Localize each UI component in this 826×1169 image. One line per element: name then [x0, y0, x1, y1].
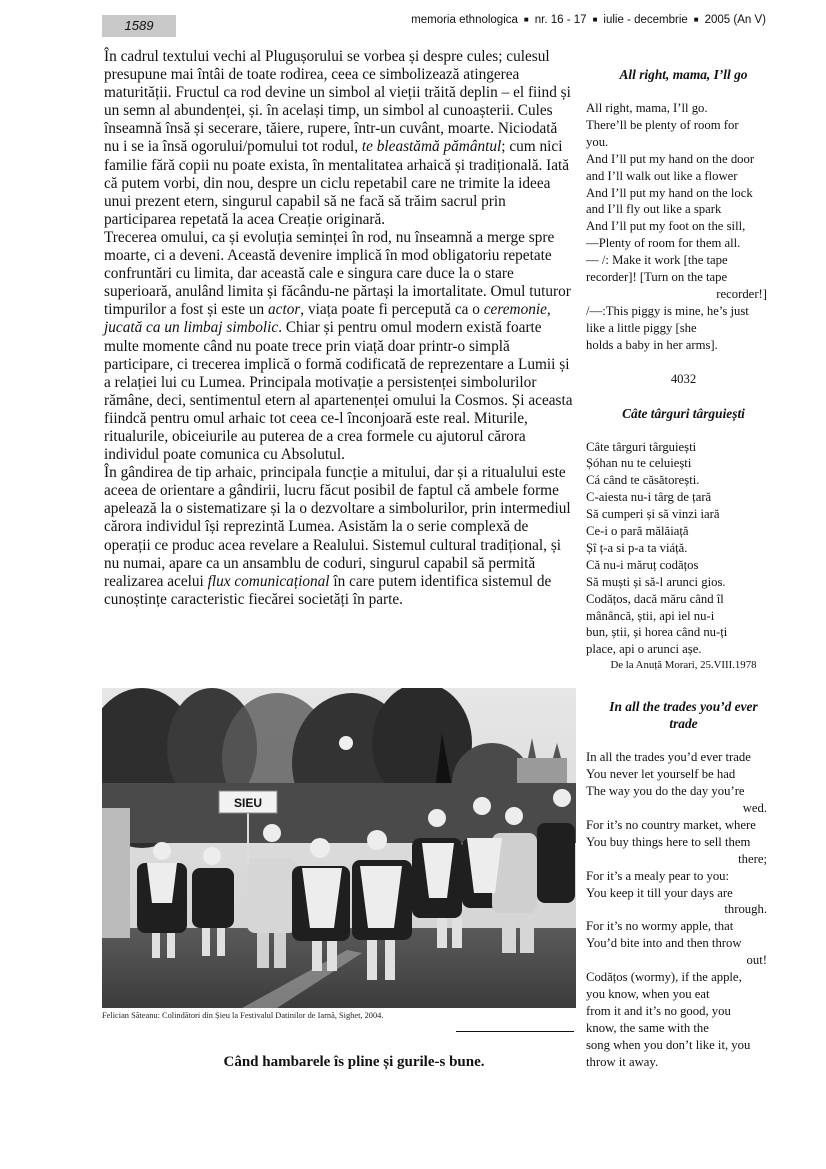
sign-text: SIEU [234, 796, 262, 810]
italic-phrase: flux comunicațional [208, 573, 330, 590]
page-number: 1589 [102, 15, 176, 37]
separator-square-icon: ■ [524, 15, 529, 24]
poem-title: In all the trades you’d ever trade [586, 698, 781, 732]
separator-square-icon: ■ [694, 15, 699, 24]
paragraph-1: În cadrul textului vechi al Plugușorului… [104, 48, 574, 229]
photo-carolers: SIEU [102, 688, 576, 1008]
paragraph-2: Trecerea omului, ca și evoluția seminței… [104, 229, 574, 464]
main-article-text: În cadrul textului vechi al Plugușorului… [104, 48, 574, 609]
song-number: 4032 [586, 371, 781, 388]
italic-phrase: actor [268, 301, 300, 318]
photo-caption: Felician Săteanu: Colindători din Șieu l… [102, 1011, 383, 1020]
poem-title: Câte târguri târguiești [586, 405, 781, 422]
song-attribution: De la Anuță Morari, 25.VIII.1978 [586, 658, 781, 672]
separator-square-icon: ■ [593, 15, 598, 24]
poem-body: All right, mama, I’ll go. There’ll be pl… [586, 100, 781, 354]
paragraph-3: În gândirea de tip arhaic, principala fu… [104, 464, 574, 609]
issue-year: 2005 (An V) [705, 14, 766, 26]
footnote-divider [456, 1031, 574, 1032]
poem-body: In all the trades you’d ever trade You n… [586, 749, 781, 1070]
section-heading: Când hambarele îs pline și gurile-s bune… [104, 1054, 604, 1071]
issue-number: nr. 16 - 17 [535, 14, 587, 26]
side-column: All right, mama, I’ll go All right, mama… [586, 66, 781, 1071]
poem-title: All right, mama, I’ll go [586, 66, 781, 83]
journal-title: memoria ethnologica [411, 14, 518, 26]
issue-period: iulie - decembrie [603, 14, 687, 26]
poem-body: Câte târguri târguiești Șóhan nu te celu… [586, 439, 781, 659]
running-header: memoria ethnologica■nr. 16 - 17■iulie - … [411, 14, 766, 26]
italic-phrase: te bleastămă pământul [362, 138, 501, 155]
